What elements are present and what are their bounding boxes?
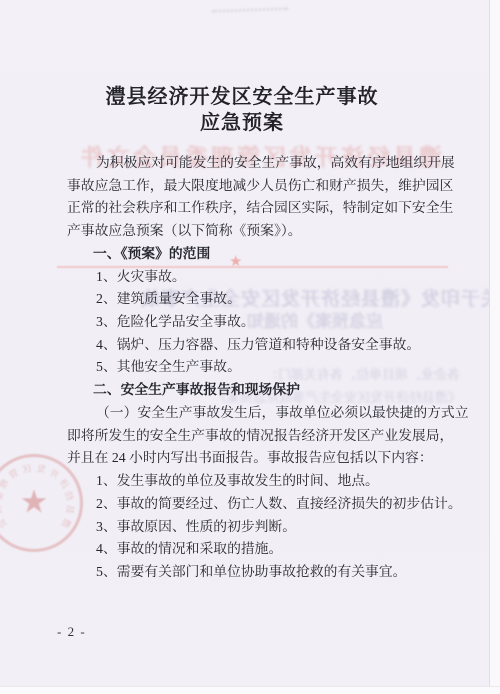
section-heading: 二、安全生产事故报告和现场保护 [67,379,453,402]
text-line: 1、火灾事故。 [67,266,453,289]
document-lines: 为积极应对可能发生的安全生产事故，高效有序地组织开展事故应急工作，最大限度地减少… [67,152,453,584]
text-line: （一）安全生产事故发生后，事故单位必须以最快捷的方式立 [67,402,453,425]
text-line: 并且在 24 小时内写出书面报告。事故报告应包括以下内容： [67,447,453,470]
text-line: 1、发生事故的单位及事故发生的时间、地点。 [67,470,453,493]
text-line: 正常的社会秩序和工作秩序，结合园区实际，特制定如下安全生 [67,197,453,220]
scanned-document-page: 澧县经济开发区管理委员会文件 ★ 关于印发《澧县经济开发区安全生产事故 应急预案… [0,0,500,694]
text-line: 4、事故的情况和采取的措施。 [67,538,453,561]
text-line: 3、事故原因、性质的初步判断。 [67,516,453,539]
text-line: 5、需要有关部门和单位协助事故抢救的有关事宜。 [67,561,453,584]
page-number: - 2 - [57,624,86,640]
text-line: 2、建筑质量安全事故。 [67,288,453,311]
text-line: 4、锅炉、压力容器、压力管道和特种设备安全事故。 [67,334,453,357]
text-line: 产事故应急预案（以下简称《预案》）。 [67,220,453,243]
document-title: 澧县经济开发区安全生产事故 应急预案 [30,84,454,136]
text-line: 3、危险化学品安全事故。 [67,311,453,334]
text-line: 2、事故的简要经过、伤亡人数、直接经济损失的初步估计。 [67,493,453,516]
section-heading: 一、《预案》的范围 [67,243,453,266]
text-line: 为积极应对可能发生的安全生产事故，高效有序地组织开展 [67,152,453,175]
document-title-line1: 澧县经济开发区安全生产事故 [106,86,379,108]
document-title-line2: 应急预案 [200,112,284,134]
document-content: 澧县经济开发区安全生产事故 应急预案 为积极应对可能发生的安全生产事故，高效有序… [0,0,500,694]
text-line: 事故应急工作，最大限度地减少人员伤亡和财产损失，维护园区 [67,175,453,198]
text-line: 5、其他安全生产事故。 [67,356,453,379]
text-line: 即将所发生的安全生产事故的情况报告经济开发区产业发展局， [67,425,453,448]
